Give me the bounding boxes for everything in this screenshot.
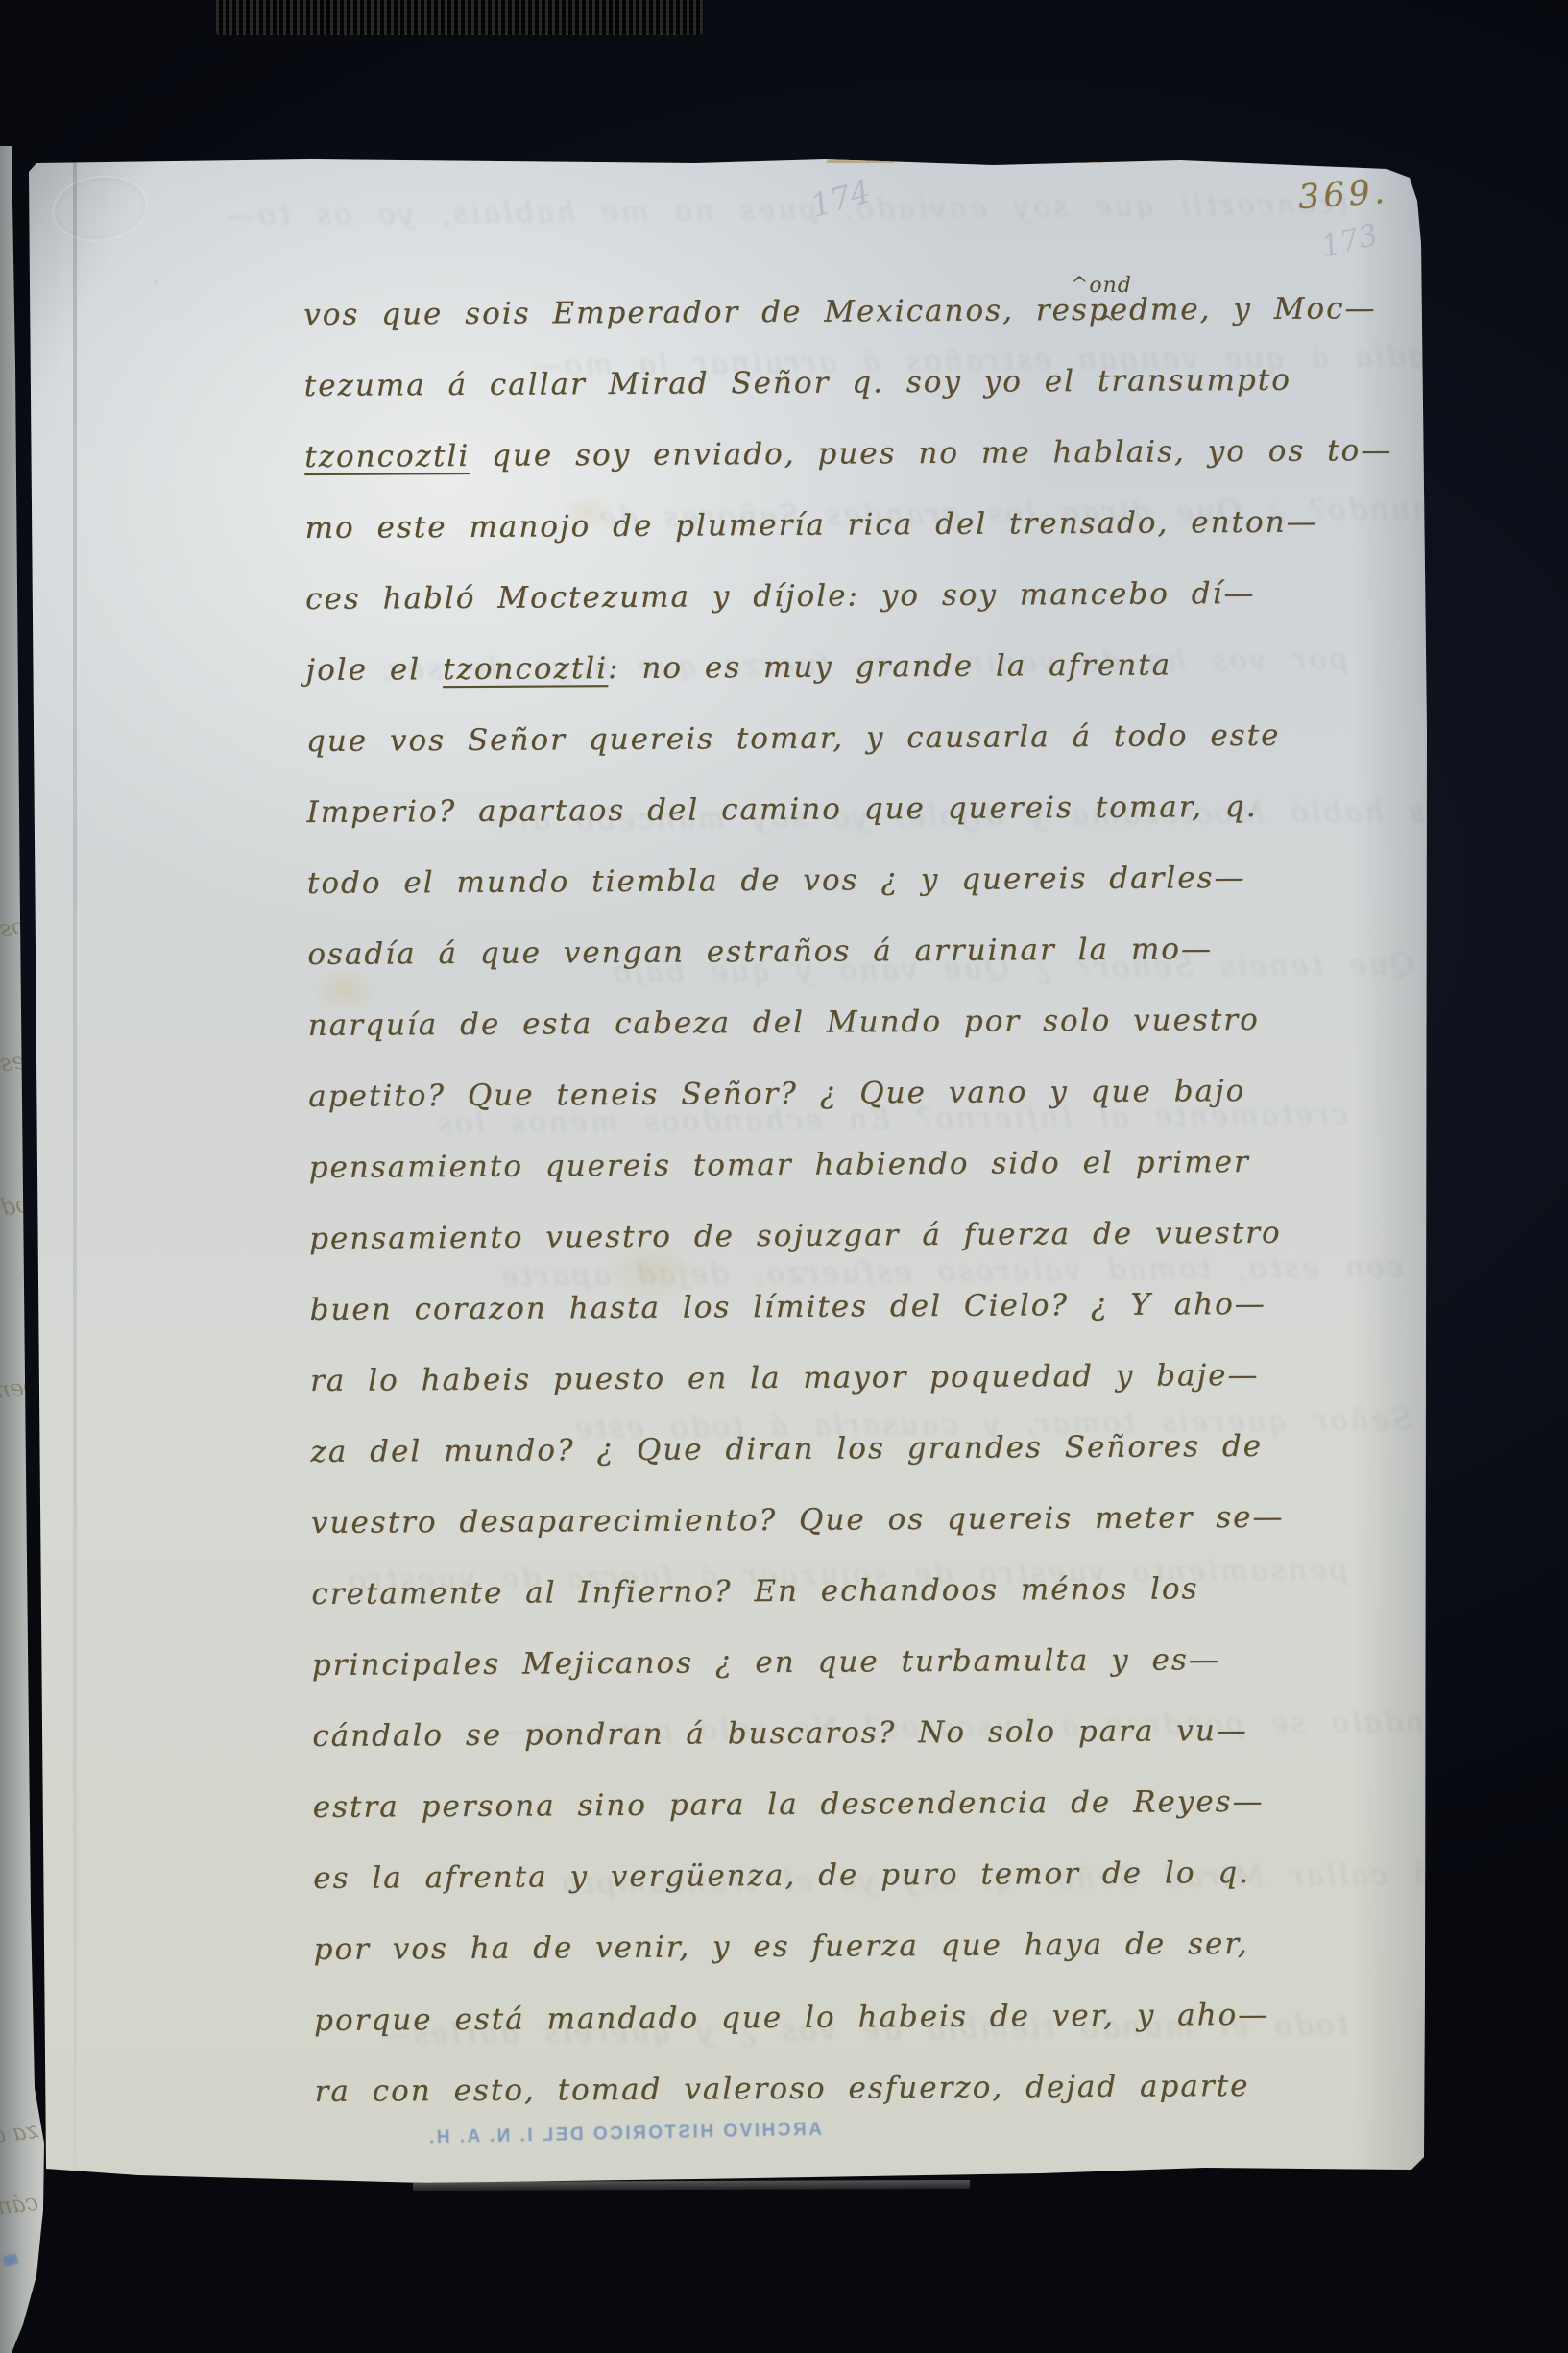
text-line: jole el tzoncoztli: no es muy grande la … xyxy=(305,628,1410,706)
text-line: narquía de esta cabeza del Mundo por sol… xyxy=(308,983,1412,1061)
embossed-seal xyxy=(48,169,152,247)
dust-speck xyxy=(154,279,159,286)
facing-page-text-fragment: ces hab xyxy=(0,1046,39,1079)
facing-page-ink-speck xyxy=(3,2253,18,2266)
text-line: cándalo se pondran á buscaros? No solo p… xyxy=(312,1694,1416,1772)
text-line: pensamiento vuestro de sojuzgar á fuerza… xyxy=(309,1197,1413,1274)
text-line: todo el mundo tiembla de vos ¿ y quereis… xyxy=(307,841,1411,919)
manuscript-page: 369. 174 173 tzoncoztli que soy enviado,… xyxy=(23,157,1429,2187)
binding-fabric-strip xyxy=(216,0,704,35)
text-line: es la afrenta y vergüenza, de puro temor… xyxy=(313,1836,1417,1914)
text-line: tzoncoztli que soy enviado, pues no me h… xyxy=(304,415,1409,493)
insertion-caret-icon: ^ xyxy=(1099,312,1115,333)
torn-edge-bit xyxy=(1012,141,1102,163)
text-line: apetito? Que teneis Señor? ¿ Que vano y … xyxy=(308,1055,1412,1132)
dust-speck xyxy=(1100,352,1103,354)
text-line: que vos Señor quereis tomar, y causarla … xyxy=(306,699,1411,777)
archive-photo-background: vos queces habtodo elpensamiza del cánda… xyxy=(0,0,1568,2353)
bleedthrough-line: tzoncoztli que soy enviado, pues no me h… xyxy=(23,187,1348,236)
text-line: tezuma á callar Mirad Señor q. soy yo el… xyxy=(303,344,1408,422)
pencil-mark-top-right: 173 xyxy=(1318,217,1382,264)
text-line: principales Mejicanos ¿ en que turbamult… xyxy=(312,1623,1416,1701)
pencil-mark-top-center: 174 xyxy=(807,172,875,225)
gutter-crease xyxy=(73,157,77,2187)
text-line: cretamente al Infierno? En echandoos mén… xyxy=(311,1552,1415,1630)
torn-edge-bit xyxy=(908,148,954,162)
text-line: estra persona sino para la descendencia … xyxy=(312,1765,1416,1843)
facing-page-text-fragment: pensami xyxy=(0,1372,39,1406)
text-line: za del mundo? ¿ Que diran los grandes Se… xyxy=(310,1410,1414,1488)
text-line: osadía á que vengan estraños á arruinar … xyxy=(307,912,1411,990)
facing-page-text-fragment: todo el xyxy=(0,1190,39,1224)
page-under-edge xyxy=(413,2180,970,2191)
text-line: pensamiento quereis tomar habiendo sido … xyxy=(308,1126,1412,1203)
text-line: buen corazon hasta los límites del Cielo… xyxy=(309,1268,1413,1346)
text-line: ra lo habeis puesto en la mayor poquedad… xyxy=(310,1339,1414,1417)
facing-page-text-fragment: vos que xyxy=(0,911,39,945)
torn-edge-bit xyxy=(826,145,895,163)
underlined-word: tzoncoztli xyxy=(443,651,608,687)
facing-page-text-fragment: za del xyxy=(0,2117,39,2150)
text-line: por vos ha de venir, y es fuerza que hay… xyxy=(313,1907,1417,1985)
facing-page-text-fragment: cándalo xyxy=(0,2189,39,2222)
text-line: mo este manojo de plumería rica del tren… xyxy=(304,486,1409,564)
text-line: porque está mandado que lo habeis de ver… xyxy=(314,1978,1418,2056)
text-line: ces habló Moctezuma y díjole: yo soy man… xyxy=(305,557,1410,635)
text-line: ra con esto, tomad valeroso esfuerzo, de… xyxy=(314,2050,1418,2127)
insertion-annotation: ^ond xyxy=(1071,274,1132,298)
text-line: vos que sois Emperador de Mexicanos, res… xyxy=(303,273,1408,351)
text-line: vuestro desaparecimiento? Que os quereis… xyxy=(311,1481,1415,1559)
text-line: Imperio? apartaos del camino que quereis… xyxy=(306,770,1411,848)
manuscript-text: vos que sois Emperador de Mexicanos, res… xyxy=(303,273,1419,2127)
underlined-word: tzoncoztli xyxy=(304,439,470,474)
page-number: 369. xyxy=(1297,173,1389,217)
